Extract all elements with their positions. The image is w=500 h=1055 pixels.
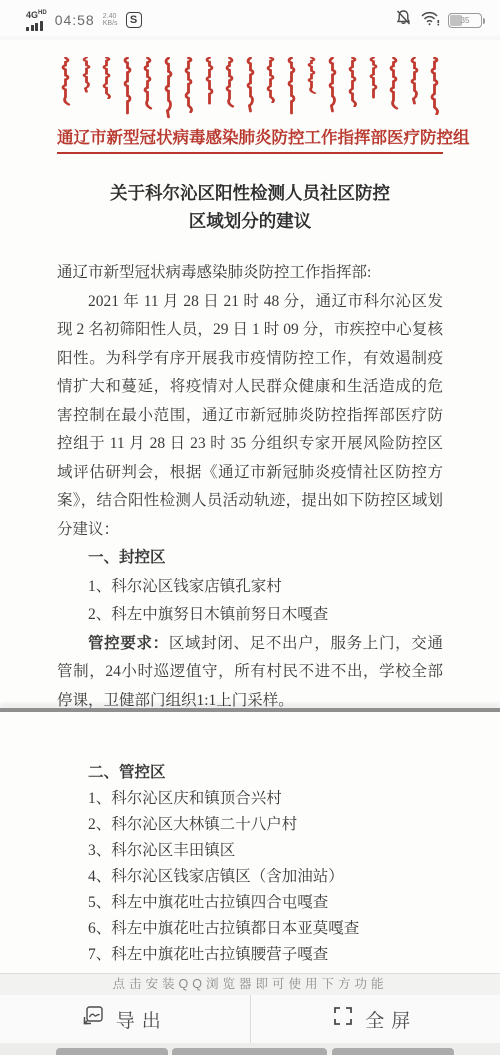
bottom-sheet-button-stub[interactable] [56, 1048, 168, 1055]
list-item: 3、科尔沁区丰田镇区 [57, 838, 443, 864]
section1-heading: 一、封控区 [57, 544, 443, 573]
network-speed: 2.40 KB/s [103, 13, 118, 27]
qq-toolbar: 导出 全屏 [0, 995, 500, 1043]
fullscreen-button[interactable]: 全屏 [250, 995, 500, 1043]
qq-install-hint: 点击安装QQ浏览器即可使用下方功能 [0, 973, 500, 995]
export-label: 导出 [116, 1006, 168, 1033]
export-icon [82, 1005, 104, 1033]
clock-time: 04:58 [55, 12, 95, 28]
cellular-signal-icon: 4GHD [26, 10, 47, 31]
muted-bell-icon [395, 9, 412, 31]
document-page-2: 二、管控区 1、科尔沁区庆和镇顶合兴村 2、科尔沁区大林镇二十八户村 3、科尔沁… [0, 712, 500, 973]
list-item: 6、科左中旗花吐古拉镇都日本亚莫嘎查 [57, 916, 443, 942]
document-org-title: 通辽市新型冠状病毒感染肺炎防控工作指挥部医疗防控组 [57, 124, 443, 154]
list-item: 1、科尔沁区钱家店镇孔家村 [57, 573, 443, 602]
export-button[interactable]: 导出 [0, 995, 250, 1043]
app-badge-icon: S [126, 12, 142, 28]
list-item: 2、科尔沁区大林镇二十八户村 [57, 812, 443, 838]
list-item: 7、科左中旗花吐古拉镇腰营子嘎查 [57, 942, 443, 968]
wifi-icon [420, 10, 440, 31]
bottom-sheet-button-stub[interactable] [172, 1048, 327, 1055]
control-requirements: 管控要求：区域封闭、足不出户，服务上门，交通管制，24小时巡逻值守，所有村民不进… [57, 630, 443, 716]
list-item: 4、科尔沁区钱家店镇区（含加油站） [57, 864, 443, 890]
list-item: 2、科左中旗努日木镇前努日木嘎查 [57, 601, 443, 630]
list-item: 5、科左中旗花吐古拉镇四合屯嘎查 [57, 890, 443, 916]
intro-paragraph: 2021 年 11 月 28 日 21 时 48 分，通辽市科尔沁区发现 2 名… [57, 288, 443, 545]
phone-screen: 4GHD 04:58 2.40 KB/s S [0, 0, 500, 1055]
bottom-sheet-strip [0, 1043, 500, 1055]
fullscreen-icon [333, 1006, 353, 1032]
section2-heading: 二、管控区 [57, 760, 443, 786]
mongolian-script-header [57, 57, 443, 121]
bottom-sheet-button-stub[interactable] [332, 1048, 454, 1055]
document-body: 通辽市新型冠状病毒感染肺炎防控工作指挥部: 2021 年 11 月 28 日 2… [57, 259, 443, 715]
fullscreen-label: 全屏 [365, 1006, 417, 1033]
status-bar: 4GHD 04:58 2.40 KB/s S [0, 0, 500, 36]
list-item: 1、科尔沁区庆和镇顶合兴村 [57, 786, 443, 812]
document-title: 关于科尔沁区阳性检测人员社区防控 区域划分的建议 [57, 179, 443, 235]
document-page-1: 通辽市新型冠状病毒感染肺炎防控工作指挥部医疗防控组 关于科尔沁区阳性检测人员社区… [0, 40, 500, 708]
battery-icon: 35 [448, 13, 482, 28]
salutation: 通辽市新型冠状病毒感染肺炎防控工作指挥部: [57, 259, 443, 288]
